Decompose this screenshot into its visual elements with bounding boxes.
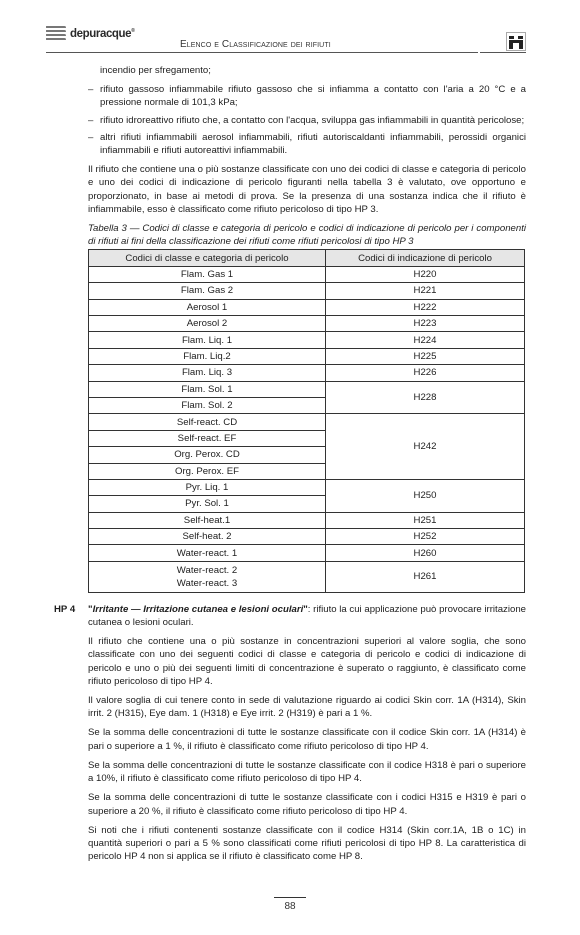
hazard-class-cell: Self-heat. 2: [89, 529, 326, 545]
table-row: Water-react. 1H260: [89, 545, 525, 561]
hazard-class-cell: Flam. Liq.2: [89, 348, 326, 364]
hazard-class-cell: Pyr. Liq. 1: [89, 479, 326, 495]
table-row: Flam. Gas 2H221: [89, 283, 525, 299]
hazard-class-cell: Org. Perox. EF: [89, 463, 326, 479]
corner-rule: [480, 52, 526, 53]
hazard-code-cell: H225: [326, 348, 525, 364]
table-body: Flam. Gas 1H220Flam. Gas 2H221Aerosol 1H…: [89, 266, 525, 592]
hazard-class-cell: Water-react. 2 Water-react. 3: [89, 561, 326, 592]
hazard-class-cell: Self-heat.1: [89, 512, 326, 528]
hazard-code-cell: H250: [326, 479, 525, 512]
hazard-code-cell: H223: [326, 316, 525, 332]
hp4-title: Irritante — Irritazione cutanea e lesion…: [93, 604, 304, 615]
hazard-code-cell: H221: [326, 283, 525, 299]
hazard-class-cell: Pyr. Sol. 1: [89, 496, 326, 512]
hp4-definition: "Irritante — Irritazione cutanea e lesio…: [88, 603, 526, 629]
footer-rule: [274, 897, 306, 898]
hp4-paragraph: Se la somma delle concentrazioni di tutt…: [88, 726, 526, 752]
hazard-class-cell: Aerosol 2: [89, 316, 326, 332]
hazard-code-cell: H260: [326, 545, 525, 561]
table-caption: Tabella 3 — Codici di classe e categoria…: [88, 222, 526, 248]
hazard-code-cell: H242: [326, 414, 525, 480]
hp4-paragraph: Se la somma delle concentrazioni di tutt…: [88, 759, 526, 785]
hazard-code-cell: H252: [326, 529, 525, 545]
hazard-class-cell: Flam. Gas 2: [89, 283, 326, 299]
waves-logo-icon: [46, 26, 66, 42]
page-number: 88: [274, 901, 306, 912]
table-row: Self-heat.1H251: [89, 512, 525, 528]
list-item: altri rifiuti infiammabili aerosol infia…: [88, 131, 526, 157]
building-logo-icon: [506, 32, 526, 51]
hazard-code-cell: H226: [326, 365, 525, 381]
hazard-class-cell: Flam. Liq. 3: [89, 365, 326, 381]
hazard-class-cell: Self-react. CD: [89, 414, 326, 430]
logo-text: depuracque®: [70, 28, 134, 40]
table-row: Self-heat. 2H252: [89, 529, 525, 545]
hazard-code-cell: H251: [326, 512, 525, 528]
hazard-class-cell: Flam. Gas 1: [89, 266, 326, 282]
hazard-class-cell: Flam. Liq. 1: [89, 332, 326, 348]
hp3-bullet-list: rifiuto gassoso infiammabile rifiuto gas…: [54, 83, 526, 157]
header-title: Elenco e Classificazione dei rifiuti: [180, 39, 331, 50]
hazard-class-cell: Flam. Sol. 2: [89, 397, 326, 413]
table-row: Self-react. CDH242: [89, 414, 525, 430]
table-row: Flam. Sol. 1H228: [89, 381, 525, 397]
list-item: rifiuto idroreattivo rifiuto che, a cont…: [88, 114, 526, 127]
hazard-class-cell: Org. Perox. CD: [89, 447, 326, 463]
table-header-code: Codici di indicazione di pericolo: [326, 250, 525, 266]
table-row: Water-react. 2 Water-react. 3H261: [89, 561, 525, 592]
hazard-codes-table: Codici di classe e categoria di pericolo…: [88, 249, 525, 592]
hazard-code-cell: H224: [326, 332, 525, 348]
hazard-code-cell: H261: [326, 561, 525, 592]
hazard-class-cell: Flam. Sol. 1: [89, 381, 326, 397]
table-row: Aerosol 2H223: [89, 316, 525, 332]
hp3-paragraph: Il rifiuto che contiene una o più sostan…: [88, 163, 526, 216]
header-rule: [46, 52, 478, 53]
hp4-paragraph: Il rifiuto che contiene una o più sostan…: [88, 635, 526, 688]
hp4-paragraph: Se la somma delle concentrazioni di tutt…: [88, 791, 526, 817]
table-row: Aerosol 1H222: [89, 299, 525, 315]
hazard-code-cell: H220: [326, 266, 525, 282]
table-row: Flam. Liq.2H225: [89, 348, 525, 364]
hazard-class-cell: Self-react. EF: [89, 430, 326, 446]
hazard-class-cell: Aerosol 1: [89, 299, 326, 315]
table-row: Pyr. Liq. 1H250: [89, 479, 525, 495]
table-row: Flam. Gas 1H220: [89, 266, 525, 282]
hp4-paragraph: Il valore soglia di cui tenere conto in …: [88, 694, 526, 720]
table-row: Flam. Liq. 1H224: [89, 332, 525, 348]
hazard-class-cell: Water-react. 1: [89, 545, 326, 561]
hazard-code-cell: H228: [326, 381, 525, 414]
depuracque-logo: depuracque®: [46, 26, 134, 42]
hp4-section: HP 4 "Irritante — Irritazione cutanea e …: [54, 603, 526, 863]
document-body: incendio per sfregamento; rifiuto gassos…: [54, 64, 526, 869]
list-item: rifiuto gassoso infiammabile rifiuto gas…: [88, 83, 526, 109]
hazard-code-cell: H222: [326, 299, 525, 315]
hp4-paragraph: Si noti che i rifiuti contenenti sostanz…: [88, 824, 526, 864]
bullet-continuation: incendio per sfregamento;: [54, 64, 526, 77]
table-row: Flam. Liq. 3H226: [89, 365, 525, 381]
hp4-label: HP 4: [54, 603, 75, 616]
table-header-class: Codici di classe e categoria di pericolo: [89, 250, 326, 266]
